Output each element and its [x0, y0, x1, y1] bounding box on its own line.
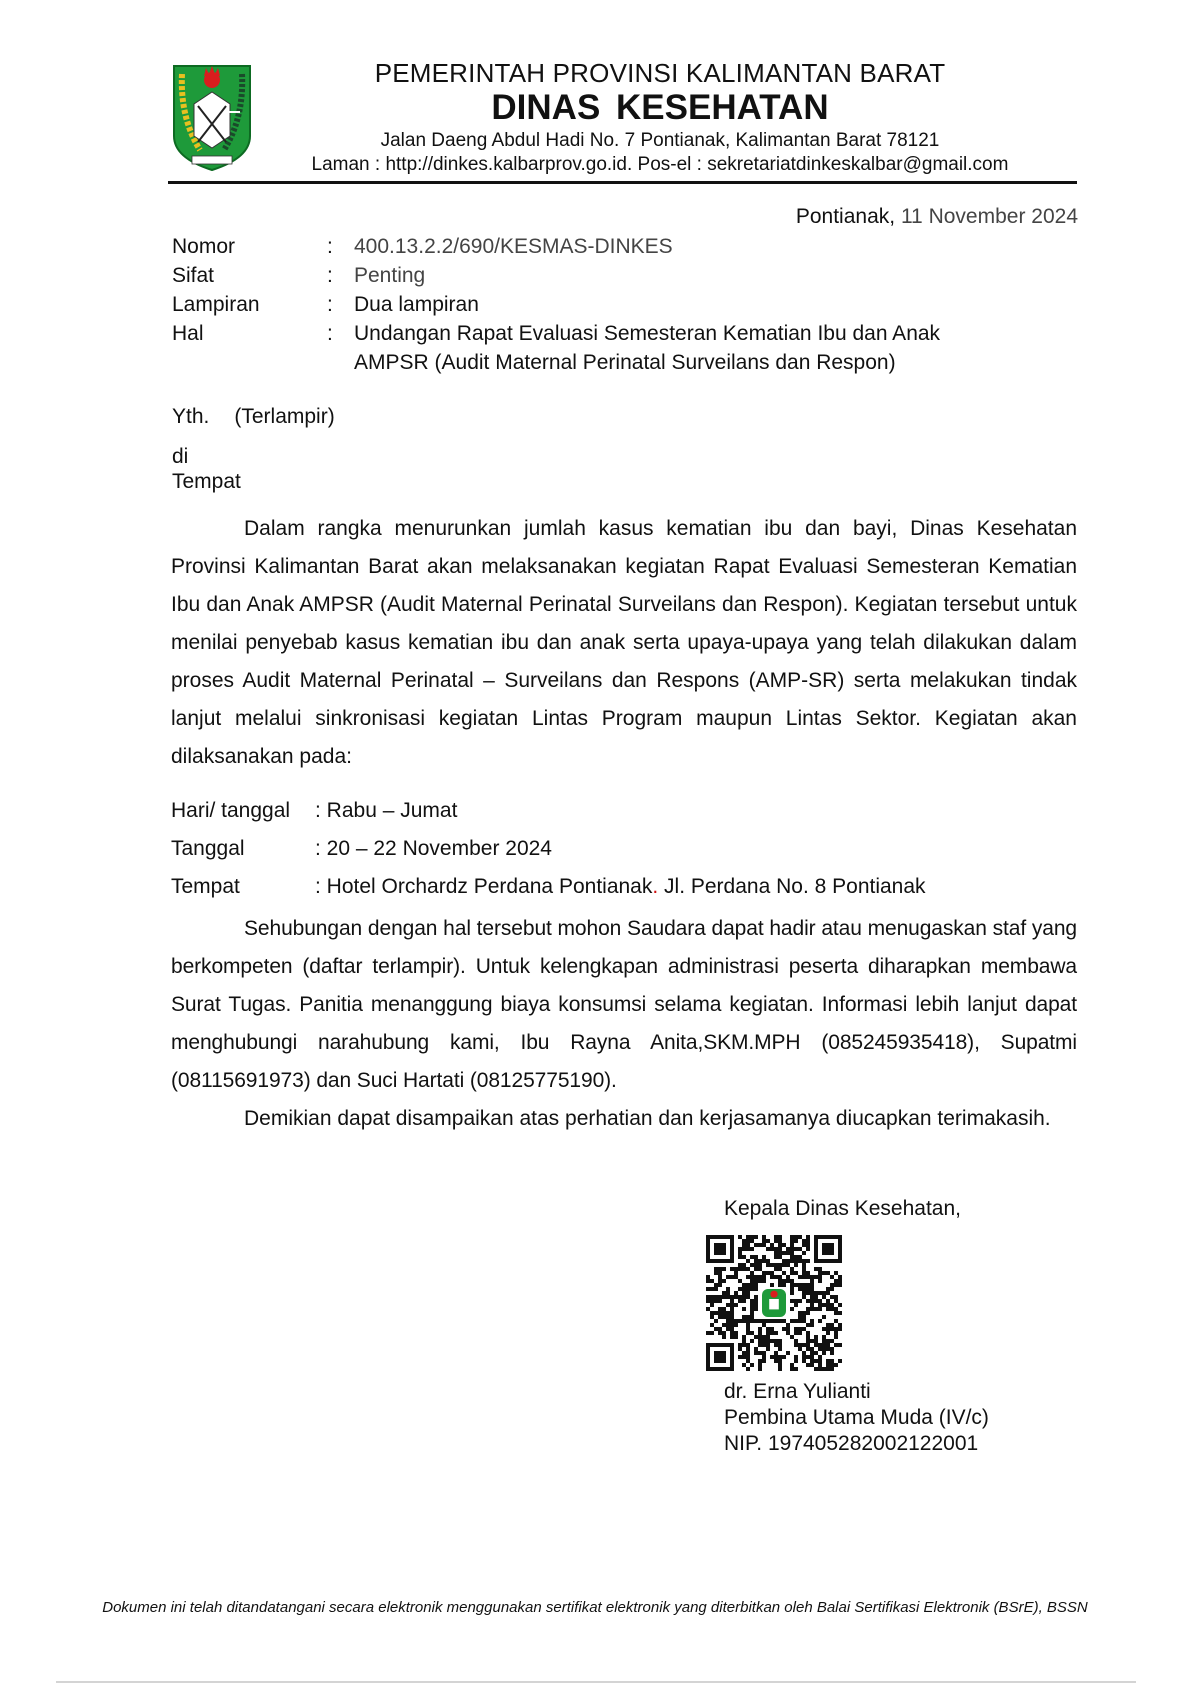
- event-schedule: Hari/ tanggal : Rabu – Jumat Tanggal : 2…: [171, 792, 926, 906]
- meta-value: Penting: [354, 261, 1004, 290]
- yth-label: Yth.: [172, 405, 209, 428]
- meta-colon: :: [327, 290, 354, 319]
- meta-row-nomor: Nomor : 400.13.2.2/690/KESMAS-DINKES: [172, 232, 1004, 261]
- signatory-name: dr. Erna Yulianti: [724, 1379, 989, 1405]
- agency-contact: Laman : http://dinkes.kalbarprov.go.id. …: [270, 154, 1050, 176]
- schedule-row-venue: Tempat : Hotel Orchardz Perdana Pontiana…: [171, 868, 926, 906]
- meta-label: Nomor: [172, 232, 327, 261]
- schedule-value: : Rabu – Jumat: [315, 792, 457, 830]
- letterhead-divider: [168, 181, 1077, 184]
- agency-address: Jalan Daeng Abdul Hadi No. 7 Pontianak, …: [270, 130, 1050, 152]
- date-value: 11 November 2024: [901, 205, 1078, 228]
- place-label: Tempat: [172, 469, 241, 494]
- meta-row-lampiran: Lampiran : Dua lampiran: [172, 290, 1004, 319]
- schedule-label: Tanggal: [171, 830, 315, 868]
- meta-colon: [327, 348, 354, 377]
- meta-label: Sifat: [172, 261, 327, 290]
- letter-date: Pontianak, 11 November 2024: [796, 205, 1078, 229]
- signatory-title: Kepala Dinas Kesehatan,: [724, 1197, 961, 1221]
- meta-row-hal: Hal : Undangan Rapat Evaluasi Semesteran…: [172, 319, 1004, 348]
- recipient-name: (Terlampir): [234, 405, 334, 428]
- signatory-info: dr. Erna Yulianti Pembina Utama Muda (IV…: [724, 1379, 989, 1457]
- letter-meta: Nomor : 400.13.2.2/690/KESMAS-DINKES Sif…: [172, 232, 1004, 377]
- meta-colon: :: [327, 261, 354, 290]
- signatory-nip: NIP. 197405282002122001: [724, 1431, 989, 1457]
- date-place: Pontianak,: [796, 205, 895, 228]
- venue-address: Jl. Perdana No. 8 Pontianak: [658, 875, 925, 898]
- e-signature-footer-note: Dokumen ini telah ditandatangani secara …: [0, 1599, 1190, 1616]
- meta-colon: :: [327, 232, 354, 261]
- recipient-place: di Tempat: [172, 444, 241, 494]
- meta-value: Dua lampiran: [354, 290, 1004, 319]
- signatory-rank: Pembina Utama Muda (IV/c): [724, 1405, 989, 1431]
- schedule-value: : 20 – 22 November 2024: [315, 830, 552, 868]
- schedule-value: : Hotel Orchardz Perdana Pontianak. Jl. …: [315, 868, 926, 906]
- meta-row-hal-cont: AMPSR (Audit Maternal Perinatal Surveila…: [172, 348, 1004, 377]
- meta-value: AMPSR (Audit Maternal Perinatal Surveila…: [354, 348, 1004, 377]
- signature-qr-code-icon: [706, 1235, 842, 1371]
- schedule-label: Tempat: [171, 868, 315, 906]
- body-paragraph-3: Demikian dapat disampaikan atas perhatia…: [244, 1100, 1051, 1138]
- meta-label: Lampiran: [172, 290, 327, 319]
- body-paragraph-2: Sehubungan dengan hal tersebut mohon Sau…: [171, 910, 1077, 1100]
- recipient-line: Yth.(Terlampir): [172, 405, 335, 429]
- meta-value: Undangan Rapat Evaluasi Semesteran Kemat…: [354, 319, 1004, 348]
- agency-name: DINAS KESEHATAN: [270, 88, 1050, 128]
- body-paragraph-1: Dalam rangka menurunkan jumlah kasus kem…: [171, 510, 1077, 776]
- schedule-label: Hari/ tanggal: [171, 792, 315, 830]
- meta-row-sifat: Sifat : Penting: [172, 261, 1004, 290]
- schedule-row-day: Hari/ tanggal : Rabu – Jumat: [171, 792, 926, 830]
- venue-name: : Hotel Orchardz Perdana Pontianak: [315, 875, 652, 898]
- meta-value: 400.13.2.2/690/KESMAS-DINKES: [354, 232, 1004, 261]
- di-label: di: [172, 444, 241, 469]
- meta-colon: :: [327, 319, 354, 348]
- government-name: PEMERINTAH PROVINSI KALIMANTAN BARAT: [270, 58, 1050, 89]
- meta-label: [172, 348, 327, 377]
- schedule-row-date: Tanggal : 20 – 22 November 2024: [171, 830, 926, 868]
- meta-label: Hal: [172, 319, 327, 348]
- kalimantan-barat-logo-icon: [170, 58, 254, 172]
